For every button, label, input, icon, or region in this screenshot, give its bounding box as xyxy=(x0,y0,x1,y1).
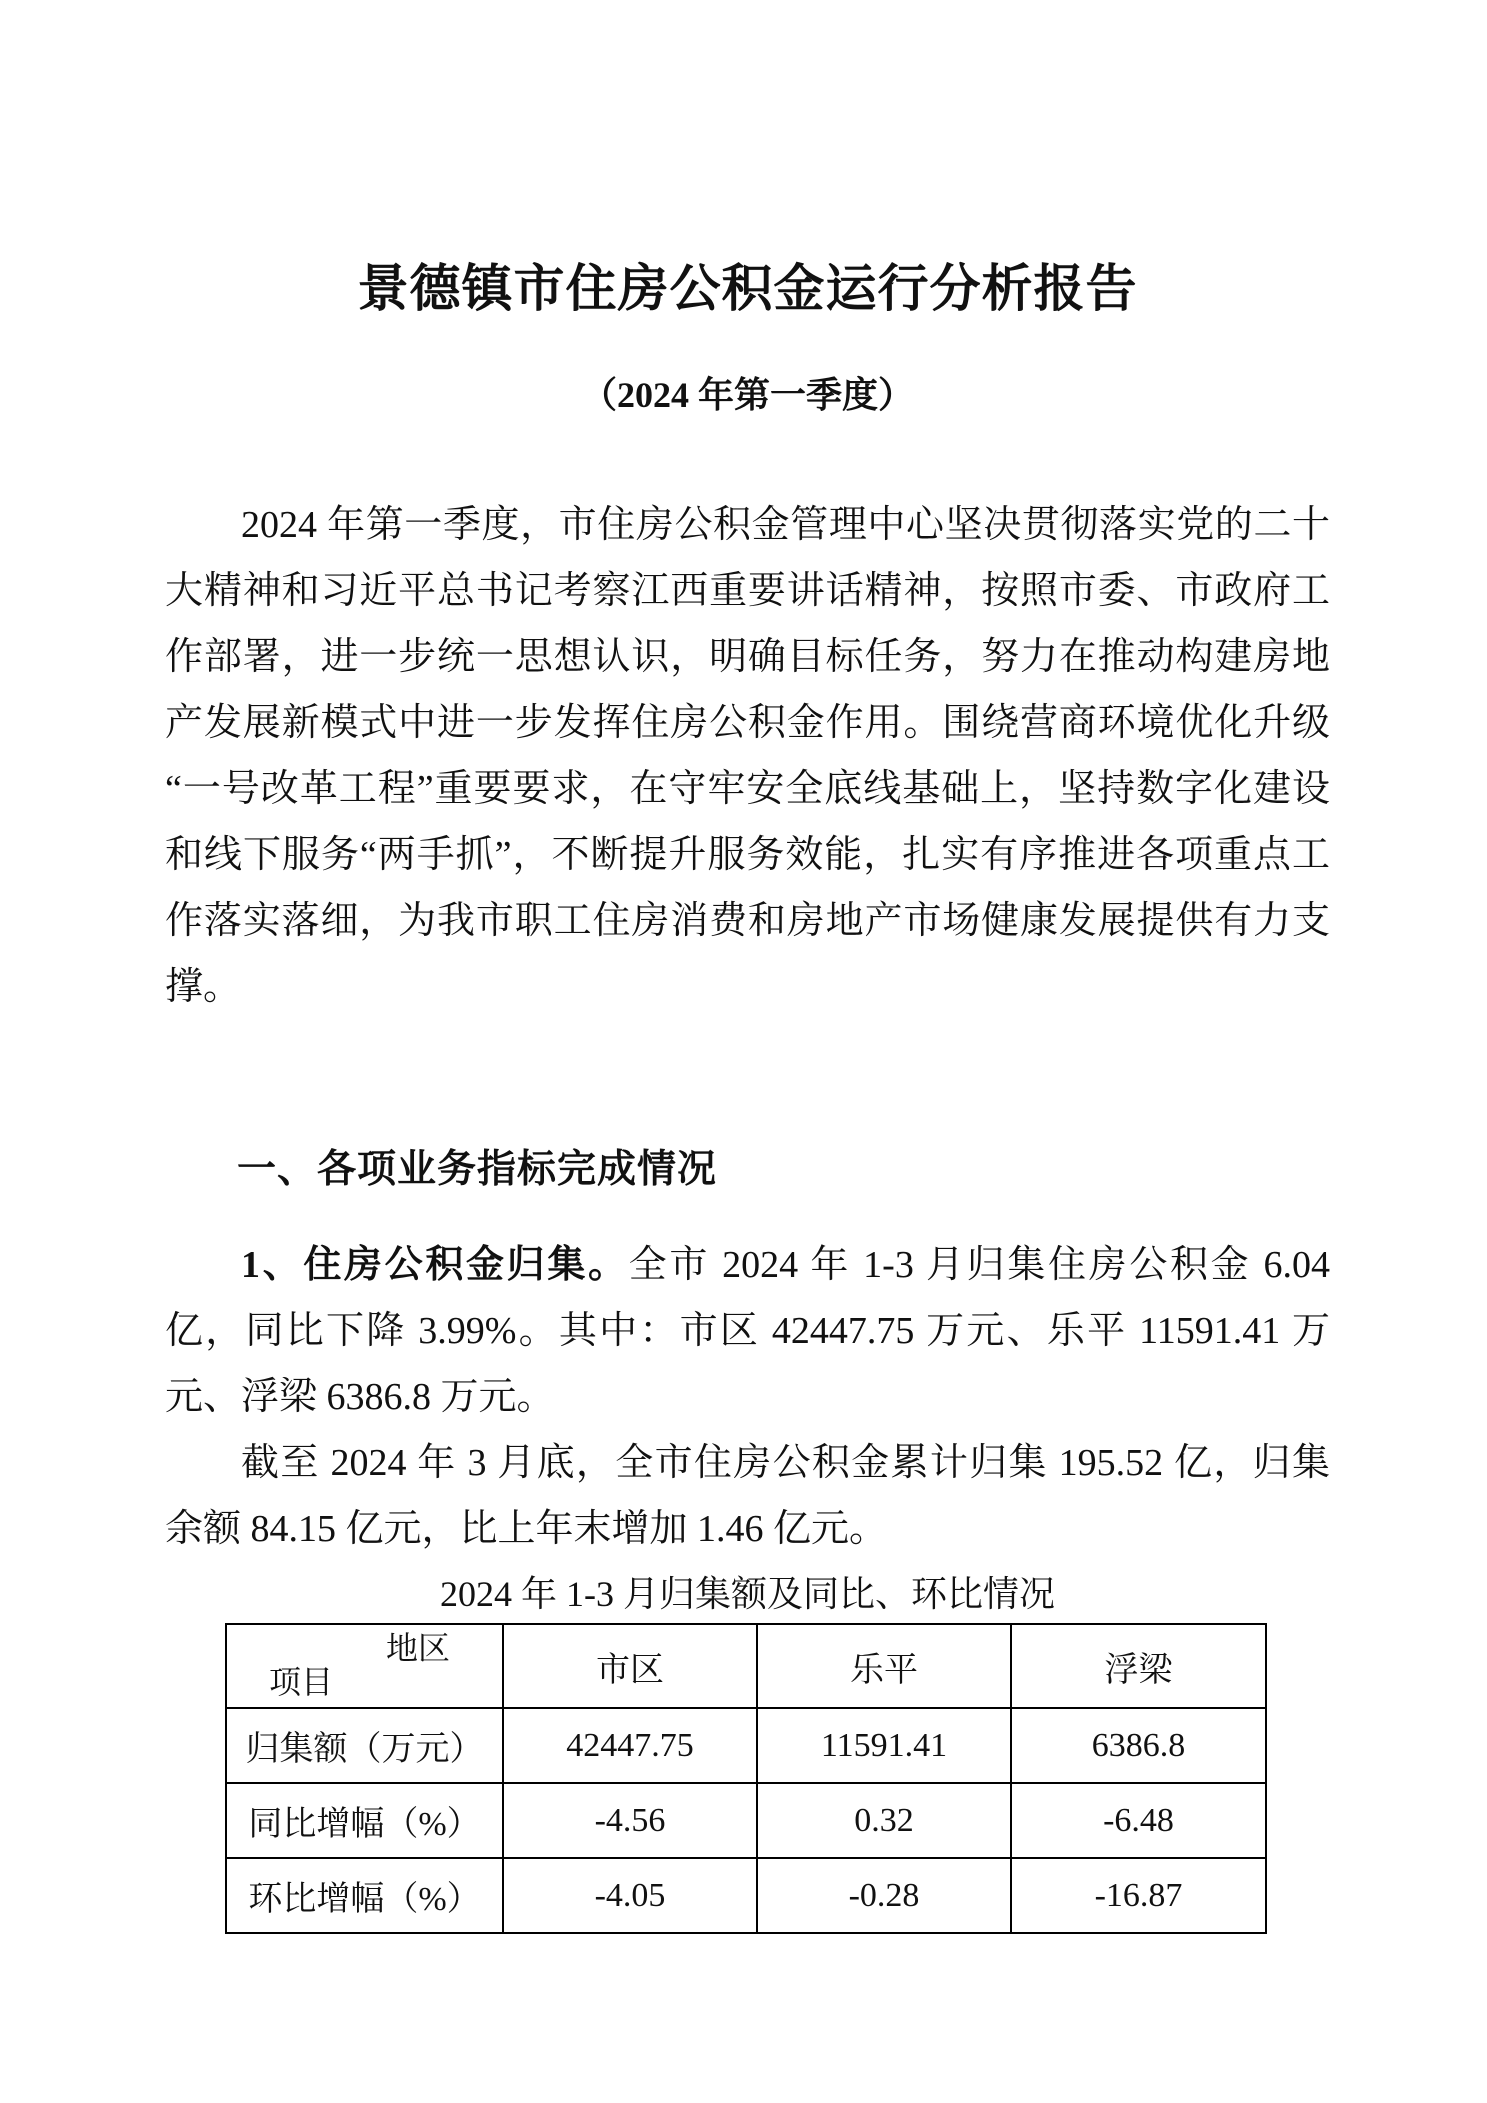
table-cell: -6.48 xyxy=(1011,1783,1266,1858)
row-label: 同比增幅（%） xyxy=(226,1783,503,1858)
section-heading-business-indicators: 一、各项业务指标完成情况 xyxy=(165,1142,1330,1198)
paragraph-fund-collection: 1、住房公积金归集。全市 2024 年 1-3 月归集住房公积金 6.04 亿，… xyxy=(165,1232,1330,1430)
col-header-fuliang: 浮梁 xyxy=(1011,1624,1266,1708)
report-page: 景德镇市住房公积金运行分析报告 （2024 年第一季度） 2024 年第一季度，… xyxy=(0,0,1487,2103)
table-row-collection-amount: 归集额（万元） 42447.75 11591.41 6386.8 xyxy=(226,1708,1266,1783)
document-subtitle: （2024 年第一季度） xyxy=(165,370,1330,420)
table-cell: 11591.41 xyxy=(757,1708,1011,1783)
corner-label-region: 地区 xyxy=(386,1630,450,1666)
paragraph-fund-collection-lead: 1、住房公积金归集。 xyxy=(241,1244,629,1286)
table-cell: -4.05 xyxy=(503,1858,757,1933)
collection-summary-table: 地区 项目 市区 乐平 浮梁 归集额（万元） 42447.75 11591.41… xyxy=(225,1623,1267,1934)
document-title: 景德镇市住房公积金运行分析报告 xyxy=(165,258,1330,322)
table-corner-cell: 地区 项目 xyxy=(226,1624,503,1708)
table-row-mom-growth: 环比增幅（%） -4.05 -0.28 -16.87 xyxy=(226,1858,1266,1933)
row-label: 归集额（万元） xyxy=(226,1708,503,1783)
col-header-urban-district: 市区 xyxy=(503,1624,757,1708)
corner-label-item: 项目 xyxy=(269,1664,333,1700)
paragraph-cumulative-balance: 截至 2024 年 3 月底，全市住房公积金累计归集 195.52 亿，归集余额… xyxy=(165,1430,1330,1562)
table-cell: -0.28 xyxy=(757,1858,1011,1933)
intro-paragraph: 2024 年第一季度，市住房公积金管理中心坚决贯彻落实党的二十大精神和习近平总书… xyxy=(165,492,1330,1020)
table-cell: -4.56 xyxy=(503,1783,757,1858)
col-header-leping: 乐平 xyxy=(757,1624,1011,1708)
table-cell: 0.32 xyxy=(757,1783,1011,1858)
table-row-yoy-growth: 同比增幅（%） -4.56 0.32 -6.48 xyxy=(226,1783,1266,1858)
table-cell: 42447.75 xyxy=(503,1708,757,1783)
row-label: 环比增幅（%） xyxy=(226,1858,503,1933)
table-header-row: 地区 项目 市区 乐平 浮梁 xyxy=(226,1624,1266,1708)
table-caption: 2024 年 1-3 月归集额及同比、环比情况 xyxy=(165,1568,1330,1620)
table-cell: -16.87 xyxy=(1011,1858,1266,1933)
table-cell: 6386.8 xyxy=(1011,1708,1266,1783)
